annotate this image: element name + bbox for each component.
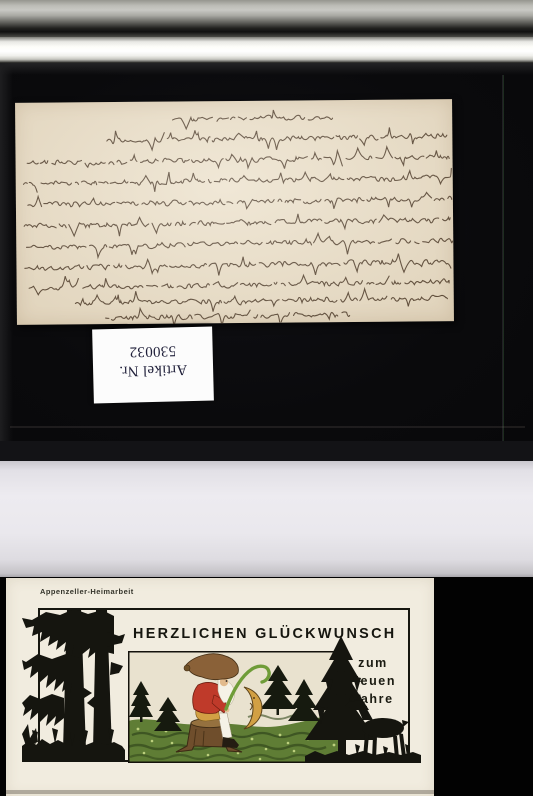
postcard-back-photo: Artikel Nr. 530032 — [0, 63, 533, 461]
postcard-front-photo: Appenzeller-Heimarbeit HERZLICHEN GLÜCKW… — [0, 577, 533, 796]
scanner-top-band — [0, 0, 533, 37]
article-number-value: 530032 — [129, 340, 176, 360]
photo-artifact-line — [502, 75, 504, 457]
fir-and-deer-silhouette — [305, 636, 421, 770]
left-trees-silhouette — [22, 596, 125, 768]
postcard-back-upside-down — [15, 99, 454, 325]
grey-divider-band — [0, 461, 533, 577]
frame-bevel-left — [0, 63, 13, 461]
paper-sheen — [15, 99, 454, 325]
postcard-front: Appenzeller-Heimarbeit HERZLICHEN GLÜCKW… — [6, 578, 434, 796]
publisher-mark: Appenzeller-Heimarbeit — [40, 587, 134, 596]
card-bottom-shadow — [6, 790, 434, 794]
photo-scratch — [10, 426, 525, 428]
product-photo-listing: Artikel Nr. 530032 Appenzeller-Heimarbei… — [0, 0, 533, 796]
frame-lower-edge — [0, 441, 533, 461]
article-label-caption: Artikel Nr. — [119, 359, 188, 380]
frame-bevel-top — [0, 63, 533, 75]
article-number-label: Artikel Nr. 530032 — [92, 327, 214, 404]
white-reflection-band — [0, 37, 533, 63]
